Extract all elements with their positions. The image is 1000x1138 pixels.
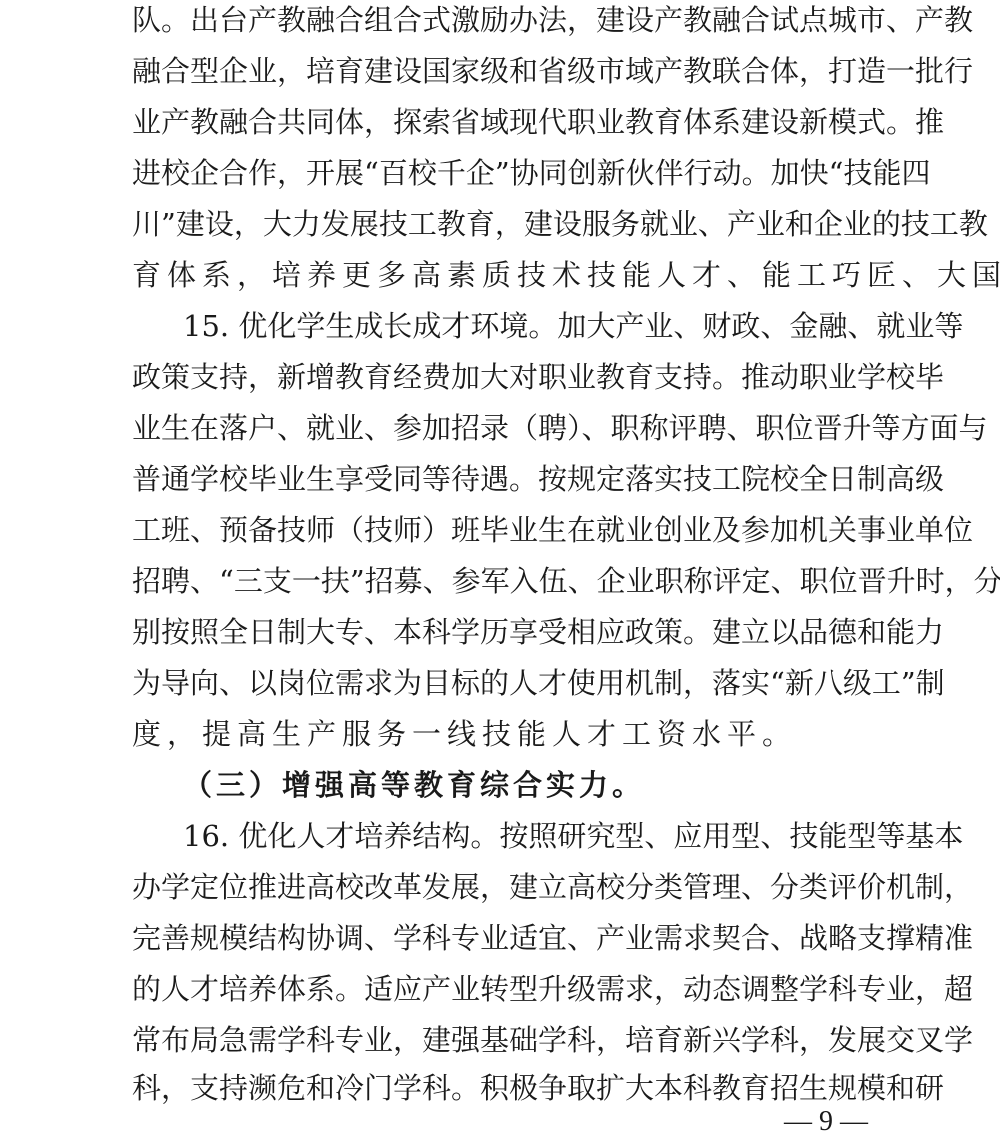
text-line: 队。出台产教融合组合式激励办法，建设产教融合试点城市、产教 (132, 0, 868, 40)
text-line: 业生在落户、就业、参加招录（聘）、职称评聘、职位晋升等方面与 (132, 408, 868, 448)
text-line: 育体系，培养更多高素质技术技能人才、能工巧匠、大国工匠。 (132, 255, 868, 295)
paragraph-15-start: 15. 优化学生成长成才环境。加大产业、财政、金融、就业等 (183, 306, 868, 346)
text-line: 完善规模结构协调、学科专业适宜、产业需求契合、战略支撑精准 (132, 918, 868, 958)
text-line: 招聘、“三支一扶”招募、参军入伍、企业职称评定、职位晋升时，分 (132, 561, 868, 601)
text-line: 的人才培养体系。适应产业转型升级需求，动态调整学科专业，超 (132, 969, 868, 1009)
text-line: 常布局急需学科专业，建强基础学科，培育新兴学科，发展交叉学 (132, 1020, 868, 1060)
text-line: 政策支持，新增教育经费加大对职业教育支持。推动职业学校毕 (132, 357, 868, 397)
text-line: 科，支持濒危和冷门学科。积极争取扩大本科教育招生规模和研 (132, 1068, 868, 1108)
text-line: 川”建设，大力发展技工教育，建设服务就业、产业和企业的技工教 (132, 204, 868, 244)
text-line: 工班、预备技师（技师）班毕业生在就业创业及参加机关事业单位 (132, 510, 868, 550)
section-heading: （三）增强高等教育综合实力。 (183, 765, 868, 805)
text-line: 度，提高生产服务一线技能人才工资水平。 (132, 714, 868, 754)
page-number: — 9 — (778, 1106, 868, 1138)
text-line: 别按照全日制大专、本科学历享受相应政策。建立以品德和能力 (132, 612, 868, 652)
text-line: 业产教融合共同体，探索省域现代职业教育体系建设新模式。推 (132, 102, 868, 142)
paragraph-16-start: 16. 优化人才培养结构。按照研究型、应用型、技能型等基本 (183, 816, 868, 856)
text-line: 普通学校毕业生享受同等待遇。按规定落实技工院校全日制高级 (132, 459, 868, 499)
document-page: 队。出台产教融合组合式激励办法，建设产教融合试点城市、产教 融合型企业，培育建设… (0, 0, 1000, 1138)
text-line: 为导向、以岗位需求为目标的人才使用机制，落实“新八级工”制 (132, 663, 868, 703)
text-line: 融合型企业，培育建设国家级和省级市域产教联合体，打造一批行 (132, 51, 868, 91)
text-line: 进校企合作，开展“百校千企”协同创新伙伴行动。加快“技能四 (132, 153, 868, 193)
text-line: 办学定位推进高校改革发展，建立高校分类管理、分类评价机制， (132, 867, 868, 907)
